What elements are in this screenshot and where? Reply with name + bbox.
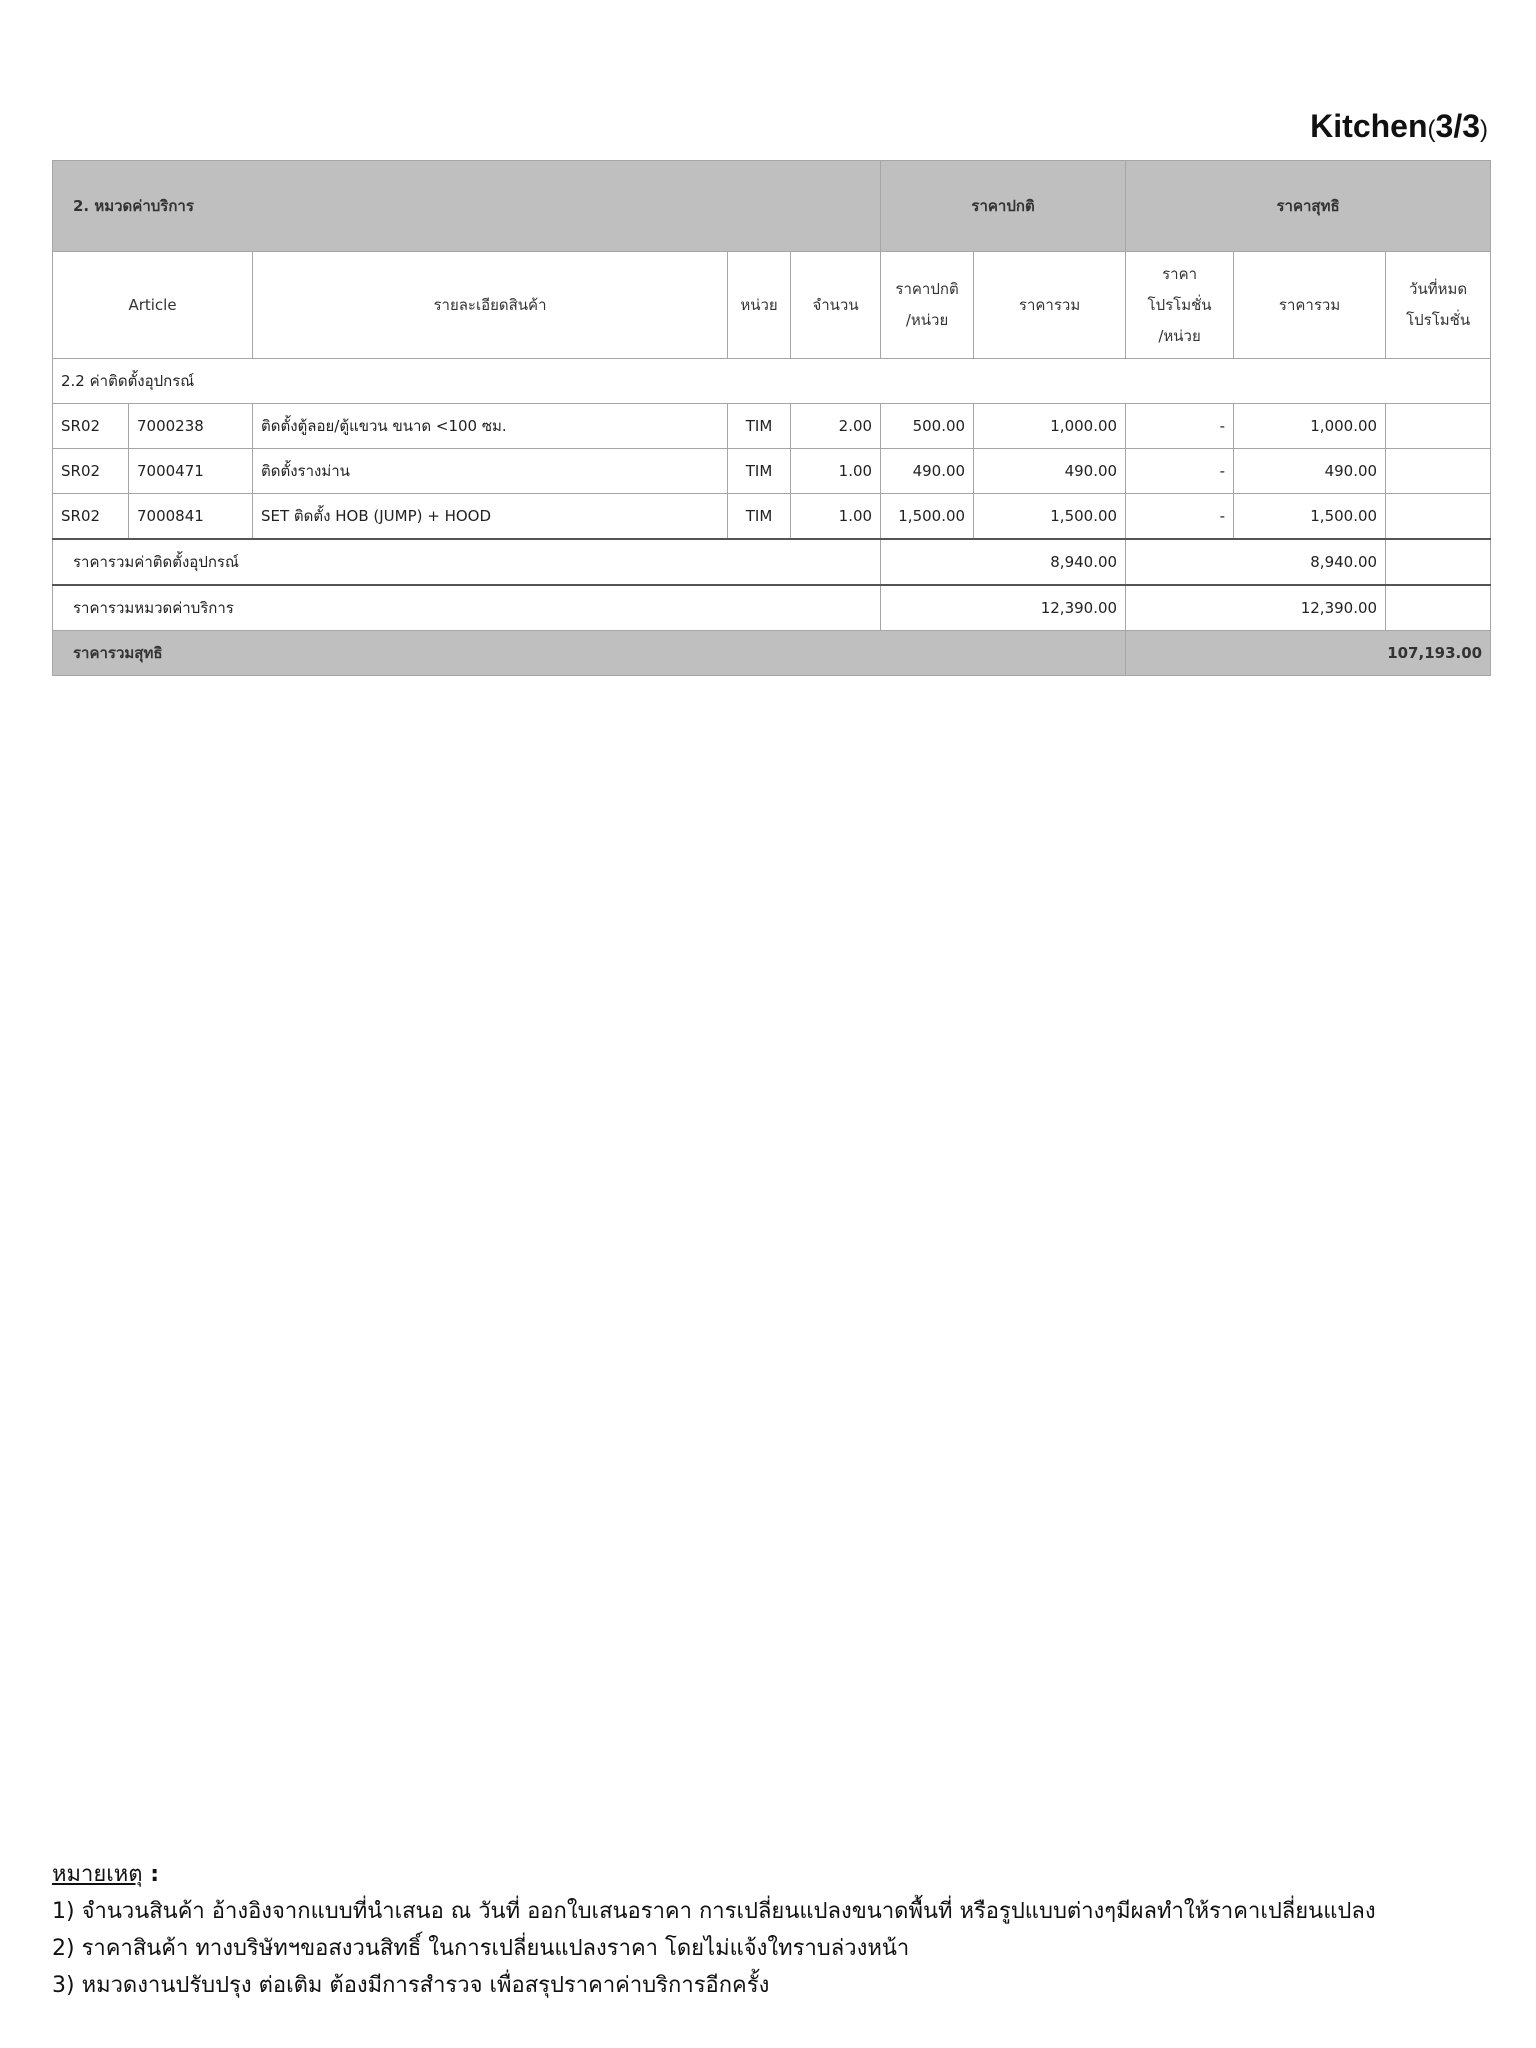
col-promo-unit-price: ราคาโปรโมชั่น/หน่วย <box>1126 252 1234 359</box>
paren-close: ) <box>1480 116 1488 143</box>
item-qty: 1.00 <box>791 449 881 494</box>
item-promo-price: - <box>1126 404 1234 449</box>
item-unit-price: 490.00 <box>881 449 974 494</box>
page-title: Kitchen(3/3) <box>1310 108 1488 145</box>
group-net-price: ราคาสุทธิ <box>1126 161 1491 252</box>
col-regular-total: ราคารวม <box>974 252 1126 359</box>
col-article: Article <box>53 252 253 359</box>
note-item: 3) หมวดงานปรับปรุง ต่อเติม ต้องมีการสำรว… <box>52 1967 1376 2004</box>
col-line: ราคาปกติ <box>889 274 965 305</box>
item-promo-end <box>1386 494 1491 540</box>
item-description: ติดตั้งรางม่าน <box>253 449 728 494</box>
section-subtotal-row: ราคารวมค่าติดตั้งอุปกรณ์ 8,940.00 8,940.… <box>53 539 1491 585</box>
note-item: 1) จำนวนสินค้า อ้างอิงจากแบบที่นำเสนอ ณ … <box>52 1893 1376 1930</box>
category-subtotal-row: ราคารวมหมวดค่าบริการ 12,390.00 12,390.00 <box>53 585 1491 631</box>
item-article: 7000841 <box>129 494 253 540</box>
col-line: ราคา <box>1134 259 1225 290</box>
quotation-table: 2. หมวดค่าบริการ ราคาปกติ ราคาสุทธิ Arti… <box>52 160 1491 676</box>
item-promo-price: - <box>1126 494 1234 540</box>
table-row: SR027000471ติดตั้งรางม่านTIM1.00490.0049… <box>53 449 1491 494</box>
page-title-label: Kitchen <box>1310 108 1427 144</box>
section-row: 2.2 ค่าติดตั้งอุปกรณ์ <box>53 359 1491 404</box>
col-line: /หน่วย <box>1134 321 1225 352</box>
col-qty: จำนวน <box>791 252 881 359</box>
item-qty: 2.00 <box>791 404 881 449</box>
col-line: โปรโมชั่น <box>1134 290 1225 321</box>
notes-title: หมายเหตุ <box>52 1862 143 1887</box>
column-header-row: Article รายละเอียดสินค้า หน่วย จำนวน ราค… <box>53 252 1491 359</box>
empty-cell <box>1386 539 1491 585</box>
col-line: โปรโมชั่น <box>1394 305 1482 336</box>
table-row: SR027000238ติดตั้งตู้ลอย/ตู้แขวน ขนาด <1… <box>53 404 1491 449</box>
notes-heading: หมายเหตุ : <box>52 1856 1376 1893</box>
group-regular-price: ราคาปกติ <box>881 161 1126 252</box>
category-subtotal-net: 12,390.00 <box>1126 585 1386 631</box>
notes: หมายเหตุ : 1) จำนวนสินค้า อ้างอิงจากแบบท… <box>52 1856 1376 2004</box>
section-subtotal-label: ราคารวมค่าติดตั้งอุปกรณ์ <box>53 539 881 585</box>
grand-total-row: ราคารวมสุทธิ 107,193.00 <box>53 631 1491 676</box>
item-promo-price: - <box>1126 449 1234 494</box>
item-promo-end <box>1386 449 1491 494</box>
item-unit: TIM <box>728 404 791 449</box>
item-description: ติดตั้งตู้ลอย/ตู้แขวน ขนาด <100 ซม. <box>253 404 728 449</box>
grand-total-label: ราคารวมสุทธิ <box>53 631 1126 676</box>
section-label: 2.2 ค่าติดตั้งอุปกรณ์ <box>53 359 1491 404</box>
col-regular-unit-price: ราคาปกติ/หน่วย <box>881 252 974 359</box>
item-total: 1,500.00 <box>974 494 1126 540</box>
col-line: /หน่วย <box>889 305 965 336</box>
section-subtotal-regular: 8,940.00 <box>881 539 1126 585</box>
item-unit-price: 500.00 <box>881 404 974 449</box>
col-promo-end: วันที่หมดโปรโมชั่น <box>1386 252 1491 359</box>
item-article: 7000238 <box>129 404 253 449</box>
item-description: SET ติดตั้ง HOB (JUMP) + HOOD <box>253 494 728 540</box>
col-unit: หน่วย <box>728 252 791 359</box>
item-net-total: 1,500.00 <box>1234 494 1386 540</box>
item-net-total: 490.00 <box>1234 449 1386 494</box>
item-total: 490.00 <box>974 449 1126 494</box>
category-label: 2. หมวดค่าบริการ <box>53 161 881 252</box>
note-item: 2) ราคาสินค้า ทางบริษัทฯขอสงวนสิทธิ์ ในก… <box>52 1930 1376 1967</box>
notes-colon: : <box>143 1862 159 1887</box>
category-subtotal-regular: 12,390.00 <box>881 585 1126 631</box>
category-header-row: 2. หมวดค่าบริการ ราคาปกติ ราคาสุทธิ <box>53 161 1491 252</box>
col-description: รายละเอียดสินค้า <box>253 252 728 359</box>
paren-open: ( <box>1428 116 1436 143</box>
section-subtotal-net: 8,940.00 <box>1126 539 1386 585</box>
item-promo-end <box>1386 404 1491 449</box>
item-unit-price: 1,500.00 <box>881 494 974 540</box>
col-line: วันที่หมด <box>1394 274 1482 305</box>
item-unit: TIM <box>728 449 791 494</box>
item-code: SR02 <box>53 494 129 540</box>
item-total: 1,000.00 <box>974 404 1126 449</box>
item-code: SR02 <box>53 404 129 449</box>
empty-cell <box>1386 585 1491 631</box>
item-code: SR02 <box>53 449 129 494</box>
item-unit: TIM <box>728 494 791 540</box>
page-number: 3/3 <box>1436 108 1480 144</box>
category-subtotal-label: ราคารวมหมวดค่าบริการ <box>53 585 881 631</box>
item-article: 7000471 <box>129 449 253 494</box>
grand-total-value: 107,193.00 <box>1126 631 1491 676</box>
item-qty: 1.00 <box>791 494 881 540</box>
table-row: SR027000841SET ติดตั้ง HOB (JUMP) + HOOD… <box>53 494 1491 540</box>
col-net-total: ราคารวม <box>1234 252 1386 359</box>
item-net-total: 1,000.00 <box>1234 404 1386 449</box>
